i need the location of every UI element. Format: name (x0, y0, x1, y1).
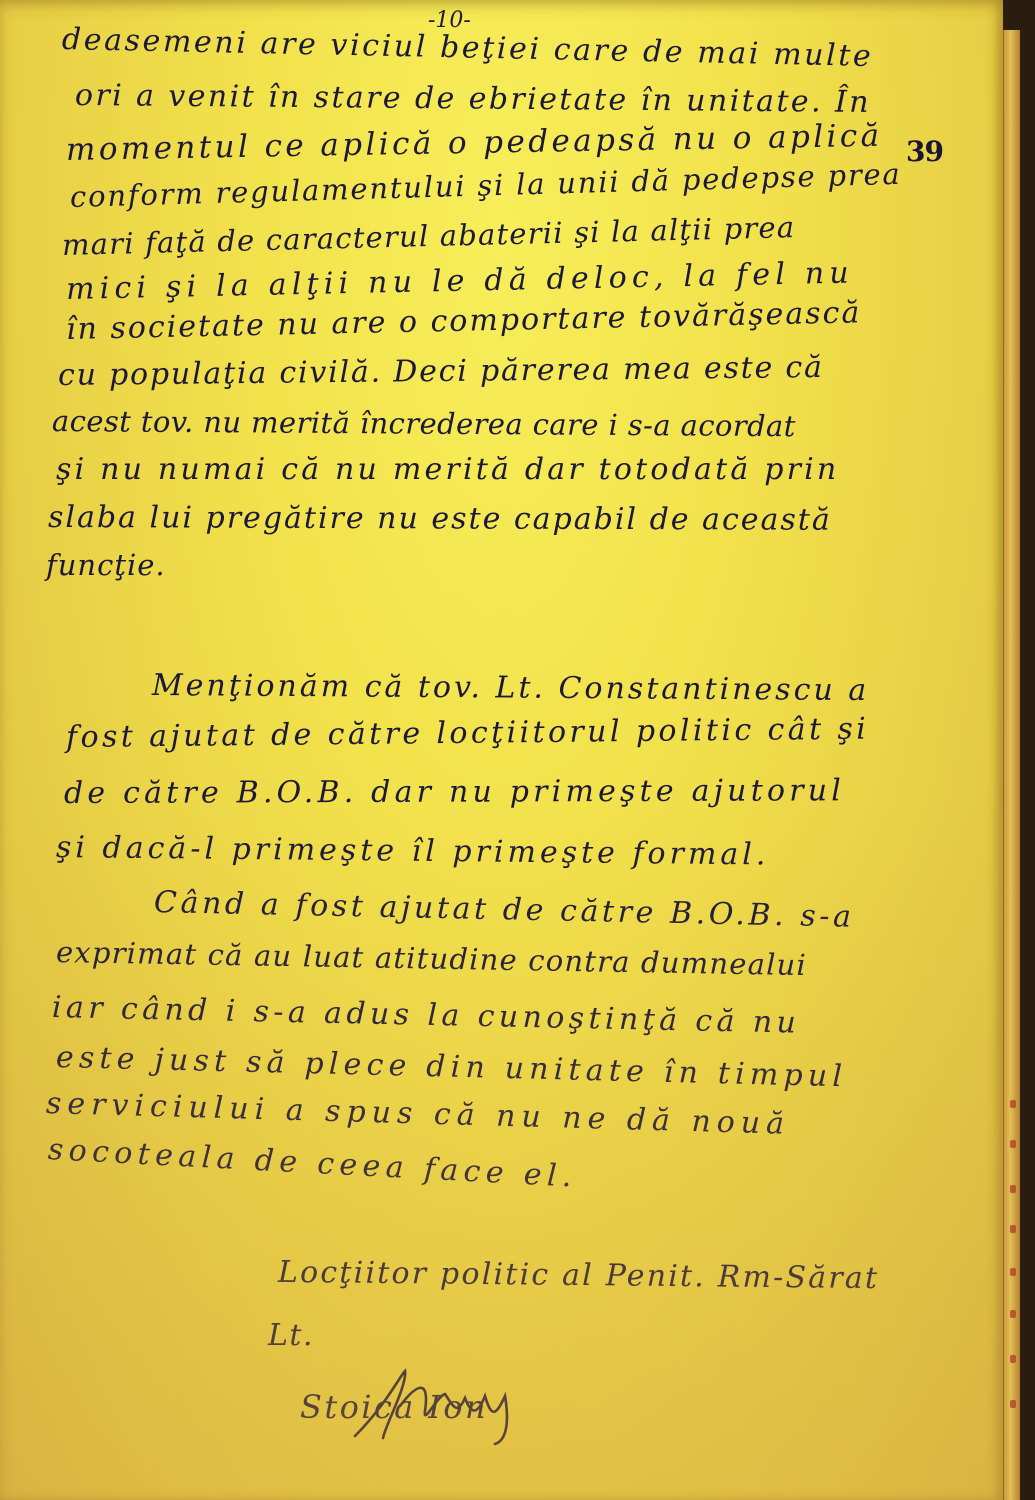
text-line: deasemeni are viciul beţiei care de mai … (62, 22, 874, 74)
edge-mark (1010, 1310, 1016, 1318)
text-line: Când a fost ajutat de către B.O.B. s-a (154, 885, 855, 935)
edge-mark (1010, 1100, 1016, 1108)
text-line: socoteala de ceea face el. (47, 1132, 578, 1195)
signature-title: Locţiitor politic al Penit. Rm-Sărat (278, 1255, 880, 1296)
stamp-number: 39 (906, 135, 943, 168)
text-line: ori a venit în stare de ebrietate în uni… (75, 78, 871, 120)
text-line: şi nu numai că nu merită dar totodată pr… (56, 452, 839, 487)
edge-mark (1010, 1400, 1016, 1408)
edge-mark (1010, 1185, 1016, 1193)
binding-page-edge (1003, 30, 1020, 1500)
text-line: exprimat că au luat atitudine contra dum… (56, 935, 808, 982)
signature-rank: Lt. (268, 1318, 314, 1353)
text-line: este just să plece din unitate în timpul (56, 1040, 848, 1094)
text-line: iar când i s-a adus la cunoştinţă că nu (52, 990, 801, 1041)
text-line: serviciului a spus că nu ne dă nouă (46, 1086, 791, 1142)
document-scan: -10- 39 deasemeni are viciul beţiei care… (0, 0, 1035, 1500)
text-line: cu populaţia civilă. Deci părerea mea es… (58, 350, 824, 393)
signature-name: Stoica Ion (300, 1388, 488, 1426)
edge-mark (1010, 1268, 1016, 1276)
text-line: fost ajutat de către locţiitorul politic… (66, 712, 870, 755)
edge-mark (1010, 1140, 1016, 1148)
text-line: de către B.O.B. dar nu primeşte ajutorul (64, 773, 845, 811)
handwritten-page: -10- 39 deasemeni are viciul beţiei care… (0, 0, 1003, 1500)
text-line: funcţie. (46, 548, 166, 582)
text-line: şi dacă-l primeşte îl primeşte formal. (56, 830, 770, 872)
edge-mark (1010, 1225, 1016, 1233)
edge-mark (1010, 1355, 1016, 1363)
text-line: slaba lui pregătire nu este capabil de a… (48, 500, 832, 538)
text-line: mari faţă de caracterul abaterii şi la a… (62, 210, 796, 262)
text-line: Menţionăm că tov. Lt. Constantinescu a (152, 668, 869, 708)
text-line: acest tov. nu merită încrederea care i s… (52, 404, 796, 443)
